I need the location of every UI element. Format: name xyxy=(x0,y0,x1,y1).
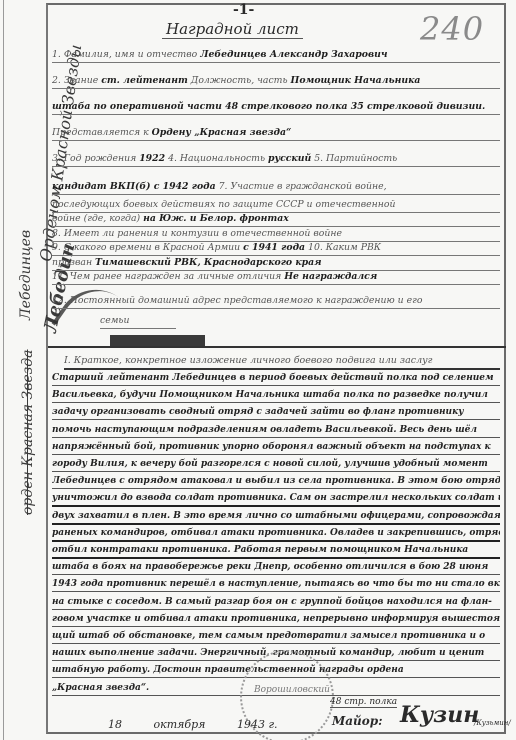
field-value: Помощник Начальника xyxy=(291,75,421,86)
narrative-line: напряжённый бой, противник упорно оборон… xyxy=(52,441,500,455)
field-label: Должность, часть xyxy=(191,75,288,86)
field-value: с 1941 года xyxy=(243,242,305,253)
narrative-line: отбил контратаки противника. Работая пер… xyxy=(52,544,500,559)
field-value: штаба по оперативной части 48 стрелковог… xyxy=(52,101,485,112)
narrative-line: штаба в боях на правобережье реки Днепр,… xyxy=(52,561,500,575)
field-drafted-by: призван Тимашевский РВК, Краснодарского … xyxy=(52,256,500,271)
field-label: 5. Партийность xyxy=(314,153,397,164)
field-value: на Юж. и Белор. фронтах xyxy=(143,213,289,224)
narrative-line: уничтожил до взвода солдат противника. С… xyxy=(52,492,500,507)
field-value: 1922 xyxy=(139,153,165,164)
registration-number: 240 xyxy=(420,10,484,48)
narrative-line: задачу организовать сводный отряд с зада… xyxy=(52,406,500,420)
field-label: Фамилия, имя и отчество xyxy=(64,49,197,60)
field-label: Чем ранее награжден за личные отличия xyxy=(70,271,282,282)
field-value: Не награждался xyxy=(284,271,377,282)
narrative-line: Васильевка, будучи Помощником Начальника… xyxy=(52,389,500,403)
document-date: 18 октября 1943 г. xyxy=(108,718,306,731)
field-number: 2. xyxy=(52,75,61,86)
stamp-text: Ворошиловский xyxy=(254,685,330,695)
narrative-line: раненых командиров, отбивал атаки против… xyxy=(52,527,500,542)
field-label: Постоянный домашний адрес представляемог… xyxy=(70,295,423,306)
section-divider xyxy=(48,346,506,348)
field-label: С какого времени в Красной Армии xyxy=(64,242,240,253)
field-wounds: 8. Имеет ли ранения и контузии в отечест… xyxy=(52,227,500,242)
field-label: войне (где, когда) xyxy=(52,213,140,224)
field-number: 9. xyxy=(52,242,61,253)
field-full-name: 1. Фамилия, имя и отчество Лебединцев Ал… xyxy=(52,48,500,63)
narrative-line: на стыке с соседом. В самый разгар боя о… xyxy=(52,596,500,610)
field-label: Представляется к xyxy=(52,127,149,138)
signature: Кузин xyxy=(400,702,479,728)
field-number: 8. xyxy=(52,228,61,239)
award-sheet-page: Лебединцев Орденом Красной Звезды Лебеди… xyxy=(0,0,516,740)
field-value: ст. лейтенант xyxy=(101,75,188,86)
field-number: 3. xyxy=(52,153,61,164)
date-month: октября xyxy=(154,718,206,731)
narrative-line: помочь наступающим подразделениям овладе… xyxy=(52,424,500,438)
signer-name-print: /Кузьмин/ xyxy=(474,719,511,727)
narrative-line: Лебединцев с отрядом атаковал и выбил из… xyxy=(52,475,500,489)
signer-unit: 48 стр. полка xyxy=(330,697,397,708)
field-label: 10. Каким РВК xyxy=(308,242,381,253)
margin-note-1: Лебединцев xyxy=(18,230,34,320)
signer-rank: Майор: xyxy=(332,714,383,728)
field-combat-actions: последующих боевых действиях по защите С… xyxy=(52,198,500,213)
field-label: 4. Национальность xyxy=(168,153,265,164)
field-label: Звание xyxy=(64,75,98,86)
field-label: Год рождения xyxy=(64,153,136,164)
narrative-line: двух захватил в плен. В это время лично … xyxy=(52,510,500,525)
field-family: семьи xyxy=(100,314,176,329)
field-value: Ордену „Красная звезда“ xyxy=(152,127,292,138)
narrative-line: 1943 года противник перешёл в наступлени… xyxy=(52,578,500,592)
page-number: -1- xyxy=(233,2,254,18)
field-number: 11. xyxy=(52,271,67,282)
field-party-civil-war: кандидат ВКП(б) с 1942 года 7. Участие в… xyxy=(52,180,500,195)
field-award-nominated: Представляется к Ордену „Красная звезда“ xyxy=(52,126,500,141)
narrative-line: Старший лейтенант Лебединцев в период бо… xyxy=(52,372,500,386)
document-title: Наградной лист xyxy=(162,20,303,39)
field-label: последующих боевых действиях по защите С… xyxy=(52,199,395,210)
field-label: семьи xyxy=(100,315,129,326)
field-home-address: 12. Постоянный домашний адрес представля… xyxy=(52,294,500,309)
field-label: Имеет ли ранения и контузии в отечествен… xyxy=(64,228,342,239)
field-label: 7. Участие в гражданской войне, xyxy=(219,181,387,192)
field-birth-nationality: 3. Год рождения 1922 4. Национальность р… xyxy=(52,152,500,167)
field-rank-position: 2. Звание ст. лейтенант Должность, часть… xyxy=(52,74,500,89)
date-year: 1943 г. xyxy=(237,718,278,731)
narrative-heading: I. Краткое, конкретное изложение личного… xyxy=(64,354,500,370)
field-previous-awards: 11. Чем ранее награжден за личные отличи… xyxy=(52,270,500,285)
date-day: 18 xyxy=(108,718,122,731)
field-value: Лебединцев Александр Захарович xyxy=(200,49,387,60)
margin-note-4-text: орден Красная Звезда xyxy=(20,349,36,515)
field-number: 1. xyxy=(52,49,61,60)
field-number: 12. xyxy=(52,295,67,306)
field-value: кандидат ВКП(б) с 1942 года xyxy=(52,181,216,192)
field-value: русский xyxy=(268,153,311,164)
margin-note-4: орден Красная Звезда xyxy=(20,349,36,515)
left-edge-rule xyxy=(3,0,4,740)
field-value: Тимашевский РВК, Краснодарского края xyxy=(95,257,322,268)
field-label: призван xyxy=(52,257,92,268)
narrative-line: щий штаб об обстановке, тем самым предот… xyxy=(52,630,500,644)
field-war-fronts: войне (где, когда) на Юж. и Белор. фронт… xyxy=(52,212,500,227)
narrative-line: говом участке и отбивал атаки противника… xyxy=(52,613,500,627)
field-service-since: 9. С какого времени в Красной Армии с 19… xyxy=(52,241,500,256)
narrative-line: городу Вилия, к вечеру бой разгорелся с … xyxy=(52,458,500,472)
field-position-cont: штаба по оперативной части 48 стрелковог… xyxy=(52,100,500,115)
